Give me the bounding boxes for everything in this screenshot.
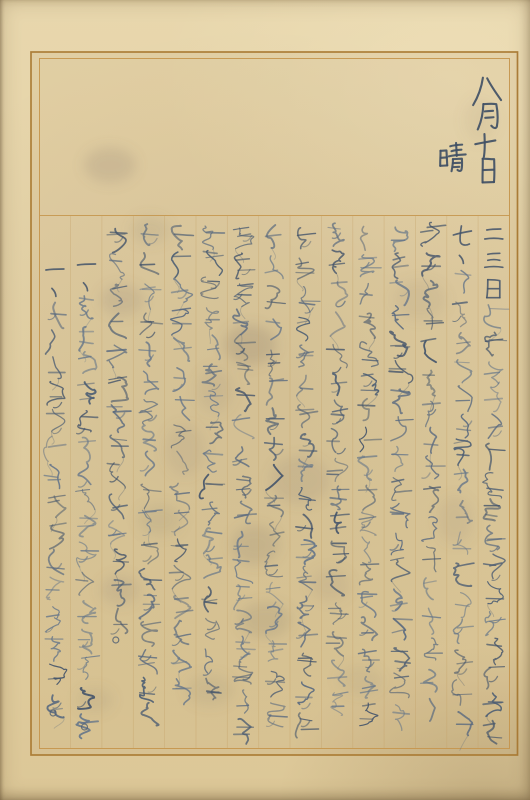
manuscript-page: 八月十日 晴 二三日 七、 一、 一、 bbox=[0, 0, 530, 800]
manuscript-art-canvas bbox=[0, 0, 530, 800]
